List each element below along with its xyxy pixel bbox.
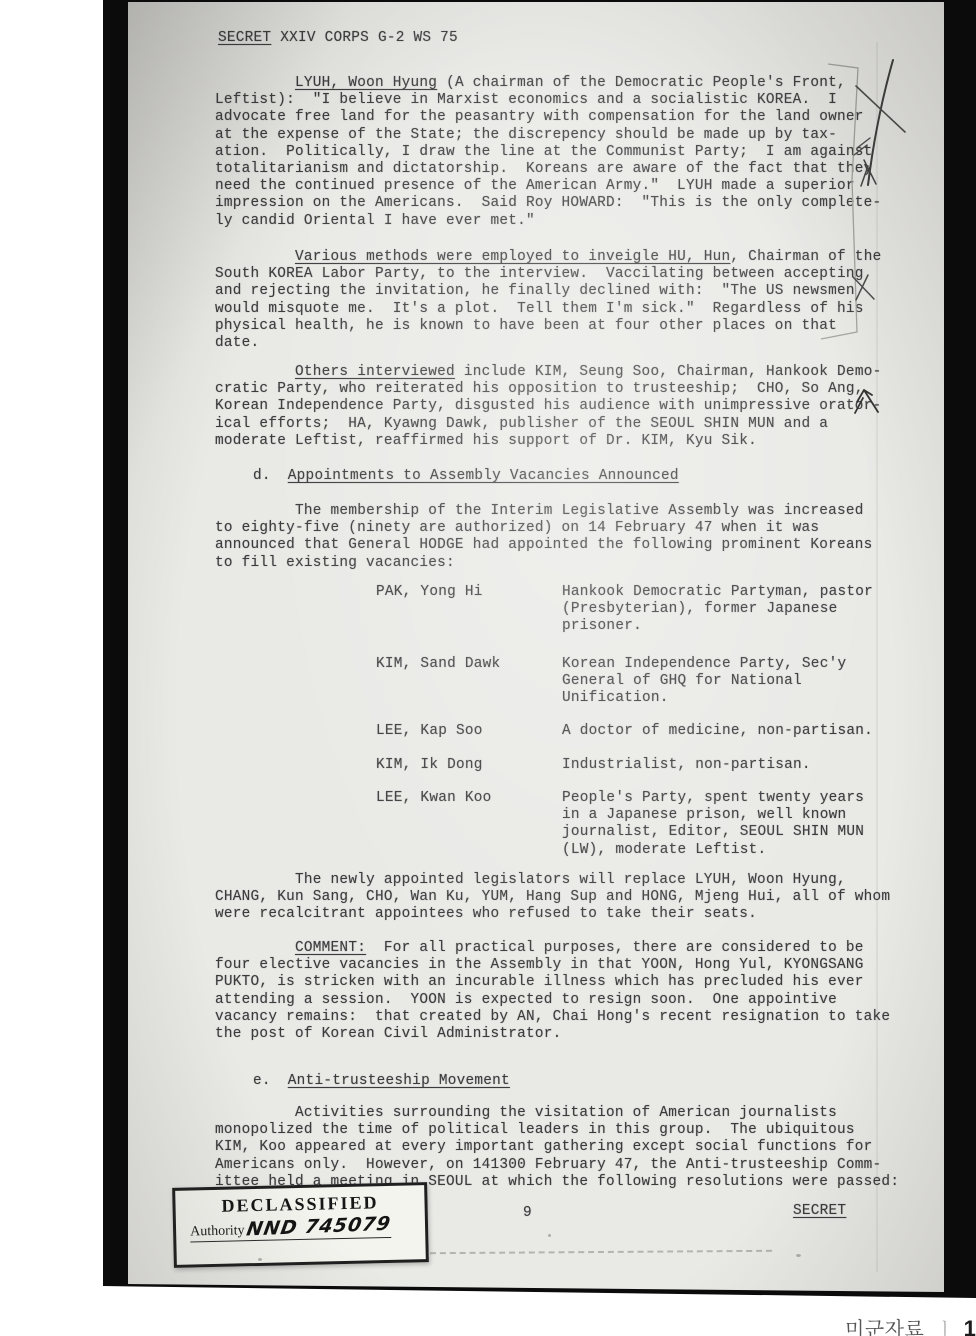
authority-handwritten-number: NND 745079 <box>245 1213 393 1241</box>
section-letter: d. <box>253 468 271 484</box>
document-header: SECRET XXIV CORPS G-2 WS 75 <box>218 30 458 47</box>
book-page-caption: 미군자료ㅣ183 <box>845 1313 976 1336</box>
section-letter: e. <box>253 1073 271 1089</box>
appointee-name: KIM, Ik Dong <box>376 757 483 774</box>
appointee-description: People's Party, spent twenty years in a … <box>562 790 922 859</box>
appointee-description: Korean Independence Party, Sec'y General… <box>562 656 922 708</box>
authority-label: Authority <box>190 1223 245 1239</box>
page-number: 9 <box>523 1205 532 1222</box>
comment-lead: COMMENT: <box>295 940 366 956</box>
appointee-name: LEE, Kwan Koo <box>376 790 492 807</box>
caption-separator: ㅣ <box>936 1320 953 1336</box>
scan-speck <box>796 1254 801 1257</box>
caption-page-number: 183 <box>964 1316 976 1336</box>
scanned-document-page: SECRET XXIV CORPS G-2 WS 75 LYUH, Woon H… <box>128 2 944 1292</box>
appointee-name: KIM, Sand Dawk <box>376 656 500 673</box>
section-title: Appointments to Assembly Vacancies Annou… <box>288 468 679 484</box>
section-d-intro: The membership of the Interim Legislativ… <box>215 503 927 572</box>
appointee-description: Hankook Democratic Partyman, pastor (Pre… <box>562 584 922 636</box>
appointee-name: LEE, Kap Soo <box>376 723 483 740</box>
scan-artifact-dashes <box>430 1250 772 1254</box>
scanned-document-screenshot: { "scan": { "header": { "classification"… <box>0 0 976 1336</box>
footer-classification-marking: SECRET <box>793 1203 846 1220</box>
paragraph-lead: Various methods were employed to inveigl… <box>295 249 730 265</box>
paragraph-lead: Others interviewed <box>295 364 455 380</box>
scan-speck <box>258 1258 262 1261</box>
section-e-body: Activities surrounding the visitation of… <box>215 1105 927 1191</box>
appointee-description: A doctor of medicine, non-partisan. <box>562 723 922 740</box>
declassified-stamp-authority: AuthorityNND 745079 <box>190 1213 425 1242</box>
appointee-name: PAK, Yong Hi <box>376 584 483 601</box>
replacement-note: The newly appointed legislators will rep… <box>215 872 927 924</box>
paragraph-lead: LYUH, Woon Hyung <box>295 75 437 91</box>
paragraph-text: (A chairman of the Democratic People's F… <box>215 75 881 229</box>
paragraph-others-interviewed: Others interviewed include KIM, Seung So… <box>215 364 927 450</box>
scan-speck <box>548 1234 551 1237</box>
section-d-heading: d.Appointments to Assembly Vacancies Ann… <box>253 468 679 485</box>
paragraph-lyuh: LYUH, Woon Hyung (A chairman of the Demo… <box>215 75 927 230</box>
comment-paragraph: COMMENT: For all practical purposes, the… <box>215 940 927 1043</box>
paragraph-hu-hun: Various methods were employed to inveigl… <box>215 249 927 352</box>
footer-secret-text: SECRET <box>793 1203 846 1219</box>
declassified-stamp: DECLASSIFIED AuthorityNND 745079 <box>172 1182 429 1268</box>
caption-label: 미군자료 <box>845 1319 924 1336</box>
section-e-heading: e.Anti-trusteeship Movement <box>253 1073 510 1090</box>
header-title: XXIV CORPS G-2 WS 75 <box>271 30 458 46</box>
appointee-description: Industrialist, non-partisan. <box>562 757 922 774</box>
classification-marking: SECRET <box>218 30 271 46</box>
section-title: Anti-trusteeship Movement <box>288 1073 510 1089</box>
